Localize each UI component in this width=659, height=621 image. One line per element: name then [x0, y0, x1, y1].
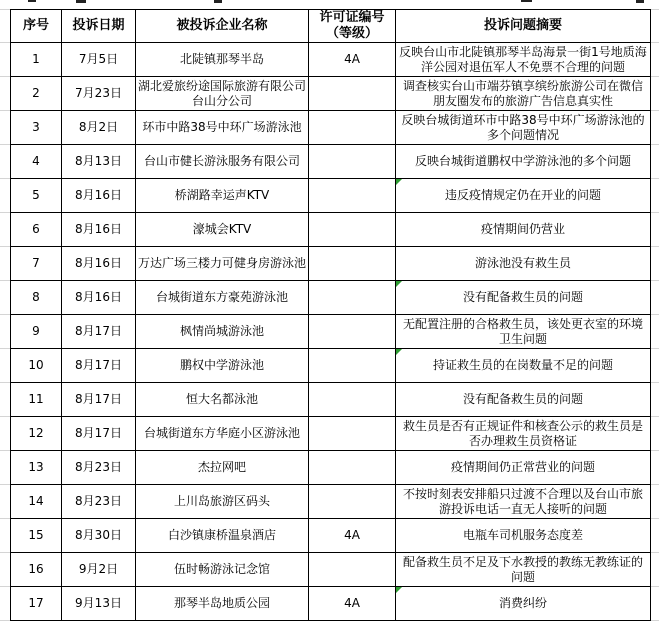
- index-cell[interactable]: 8: [11, 281, 62, 315]
- license-cell[interactable]: [309, 111, 396, 145]
- date-cell[interactable]: 8月16日: [62, 247, 136, 281]
- gridline-stub: [651, 110, 659, 111]
- company-value: 濠城会KTV: [193, 222, 251, 236]
- license-cell[interactable]: [309, 213, 396, 247]
- date-cell[interactable]: 8月16日: [62, 281, 136, 315]
- table-row: 5 8月16日 桥湖路幸运声KTV 违反疫情规定仍在开业的问题: [11, 179, 651, 213]
- summary-value: 持证救生员的在岗数量不足的问题: [433, 358, 613, 372]
- gridline-stub: [0, 144, 10, 145]
- company-cell[interactable]: 桥湖路幸运声KTV: [136, 179, 309, 213]
- date-cell[interactable]: 9月2日: [62, 553, 136, 587]
- company-value: 北陡镇那琴半岛: [180, 52, 264, 66]
- summary-cell[interactable]: 违反疫情规定仍在开业的问题: [396, 179, 651, 213]
- gridline-stub: [0, 110, 10, 111]
- license-value: 4A: [344, 52, 360, 66]
- date-cell[interactable]: 8月2日: [62, 111, 136, 145]
- company-value: 环市中路38号中环广场游泳池: [142, 120, 301, 134]
- company-value: 桥湖路幸运声KTV: [175, 188, 269, 202]
- col-header-index[interactable]: 序号: [11, 10, 62, 43]
- spreadsheet-canvas: 序号 投诉日期 被投诉企业名称 许可证编号 （等级） 投诉问题摘要 1 7月5日…: [0, 0, 659, 621]
- date-cell[interactable]: 8月13日: [62, 145, 136, 179]
- license-cell[interactable]: [309, 417, 396, 451]
- date-value: 8月30日: [75, 528, 122, 542]
- table-row: 11 8月17日 恒大名都泳池 没有配备救生员的问题: [11, 383, 651, 417]
- company-value: 那琴半岛地质公园: [174, 596, 270, 610]
- index-cell[interactable]: 11: [11, 383, 62, 417]
- summary-cell[interactable]: 调查核实台山市端芬镇享缤纷旅游公司在微信朋友圈发布的旅游广告信息真实性: [396, 77, 651, 111]
- index-cell[interactable]: 2: [11, 77, 62, 111]
- date-value: 8月23日: [75, 494, 122, 508]
- date-value: 7月5日: [79, 52, 118, 66]
- index-value: 4: [32, 154, 40, 168]
- license-cell[interactable]: 4A: [309, 587, 396, 621]
- date-cell[interactable]: 7月5日: [62, 43, 136, 77]
- index-cell[interactable]: 6: [11, 213, 62, 247]
- index-cell[interactable]: 17: [11, 587, 62, 621]
- summary-value: 反映台城街道鹏权中学游泳池的多个问题: [415, 154, 631, 168]
- index-value: 11: [28, 392, 43, 406]
- index-value: 9: [32, 324, 40, 338]
- gridline-stub: [651, 518, 659, 519]
- company-value: 台城街道东方华庭小区游泳池: [144, 426, 300, 440]
- summary-cell[interactable]: 电瓶车司机服务态度差: [396, 519, 651, 553]
- index-value: 7: [32, 256, 40, 270]
- index-cell[interactable]: 1: [11, 43, 62, 77]
- date-value: 8月13日: [75, 154, 122, 168]
- index-value: 1: [32, 52, 40, 66]
- company-value: 湖北爱旅纷途国际旅游有限公司台山分公司: [138, 79, 306, 108]
- table-row: 14 8月23日 上川岛旅游区码头 不按时刻表安排船只过渡不合理以及台山市旅游投…: [11, 485, 651, 519]
- index-value: 13: [28, 460, 43, 474]
- summary-value: 消费纠纷: [499, 596, 547, 610]
- index-value: 10: [28, 358, 43, 372]
- table-row: 8 8月16日 台城街道东方豪苑游泳池 没有配备救生员的问题: [11, 281, 651, 315]
- gridline-stub: [651, 348, 659, 349]
- table-row: 1 7月5日 北陡镇那琴半岛 4A 反映台山市北陡镇那琴半岛海景一街1号地质海洋…: [11, 43, 651, 77]
- date-value: 8月16日: [75, 188, 122, 202]
- summary-value: 配备救生员不足及下水教授的教练无教练证的问题: [403, 555, 643, 584]
- company-cell[interactable]: 台城街道东方豪苑游泳池: [136, 281, 309, 315]
- gridline-stub: [0, 484, 10, 485]
- table-row: 4 8月13日 台山市健长游泳服务有限公司 反映台城街道鹏权中学游泳池的多个问题: [11, 145, 651, 179]
- summary-cell[interactable]: 游泳池没有救生员: [396, 247, 651, 281]
- index-value: 12: [28, 426, 43, 440]
- summary-cell[interactable]: 持证救生员的在岗数量不足的问题: [396, 349, 651, 383]
- gridline-stub: [0, 586, 10, 587]
- gridline-stub: [651, 144, 659, 145]
- date-cell[interactable]: 9月13日: [62, 587, 136, 621]
- comment-marker-icon: [396, 587, 402, 593]
- gridline-stub: [0, 348, 10, 349]
- clipped-text-artifact: [76, 0, 86, 3]
- comment-marker-icon: [396, 179, 402, 185]
- summary-cell[interactable]: 疫情期间仍营业: [396, 213, 651, 247]
- table-row: 16 9月2日 伍时畅游泳记念馆 配备救生员不足及下水教授的教练无教练证的问题: [11, 553, 651, 587]
- table-row: 2 7月23日 湖北爱旅纷途国际旅游有限公司台山分公司 调查核实台山市端芬镇享缤…: [11, 77, 651, 111]
- gridline-stub: [651, 552, 659, 553]
- license-cell[interactable]: 4A: [309, 43, 396, 77]
- company-cell[interactable]: 恒大名都泳池: [136, 383, 309, 417]
- index-cell[interactable]: 10: [11, 349, 62, 383]
- license-cell[interactable]: [309, 383, 396, 417]
- gridline-stub: [651, 212, 659, 213]
- company-value: 白沙镇康桥温泉酒店: [168, 528, 276, 542]
- summary-value: 没有配备救生员的问题: [463, 290, 583, 304]
- date-cell[interactable]: 8月17日: [62, 417, 136, 451]
- index-value: 14: [28, 494, 43, 508]
- gridline-stub: [0, 212, 10, 213]
- license-cell[interactable]: [309, 145, 396, 179]
- index-value: 15: [28, 528, 43, 542]
- table-row: 10 8月17日 鹏权中学游泳池 持证救生员的在岗数量不足的问题: [11, 349, 651, 383]
- date-value: 8月16日: [75, 222, 122, 236]
- company-cell[interactable]: 上川岛旅游区码头: [136, 485, 309, 519]
- date-cell[interactable]: 8月16日: [62, 213, 136, 247]
- index-cell[interactable]: 3: [11, 111, 62, 145]
- gridline-stub: [651, 246, 659, 247]
- company-cell[interactable]: 湖北爱旅纷途国际旅游有限公司台山分公司: [136, 77, 309, 111]
- company-cell[interactable]: 北陡镇那琴半岛: [136, 43, 309, 77]
- summary-cell[interactable]: 无配置注册的合格救生员，该处更衣室的环境卫生问题: [396, 315, 651, 349]
- date-cell[interactable]: 7月23日: [62, 77, 136, 111]
- company-value: 鹏权中学游泳池: [180, 358, 264, 372]
- company-value: 伍时畅游泳记念馆: [174, 562, 270, 576]
- summary-cell[interactable]: 配备救生员不足及下水教授的教练无教练证的问题: [396, 553, 651, 587]
- gridline-stub: [0, 314, 10, 315]
- summary-cell[interactable]: 反映台城街道环市中路38号中环广场游泳池的多个问题情况: [396, 111, 651, 145]
- company-cell[interactable]: 台山市健长游泳服务有限公司: [136, 145, 309, 179]
- gridline-stub: [0, 76, 10, 77]
- date-value: 8月16日: [75, 256, 122, 270]
- license-cell[interactable]: [309, 77, 396, 111]
- table-row: 7 8月16日 万达广场三楼力可健身房游泳池 游泳池没有救生员: [11, 247, 651, 281]
- summary-value: 无配置注册的合格救生员，该处更衣室的环境卫生问题: [403, 317, 643, 346]
- summary-cell[interactable]: 不按时刻表安排船只过渡不合理以及台山市旅游投诉电话一直无人接听的问题: [396, 485, 651, 519]
- gridline-stub: [0, 9, 10, 10]
- date-cell[interactable]: 8月17日: [62, 349, 136, 383]
- gridline-stub: [651, 484, 659, 485]
- license-cell[interactable]: [309, 485, 396, 519]
- table-row: 17 9月13日 那琴半岛地质公园 4A 消费纠纷: [11, 587, 651, 621]
- index-value: 3: [32, 120, 40, 134]
- license-value: 4A: [344, 596, 360, 610]
- date-value: 8月23日: [75, 460, 122, 474]
- gridline-stub: [0, 178, 10, 179]
- table-row: 9 8月17日 枫情尚城游泳池 无配置注册的合格救生员，该处更衣室的环境卫生问题: [11, 315, 651, 349]
- table-row: 13 8月23日 杰拉网吧 疫情期间仍正常营业的问题: [11, 451, 651, 485]
- date-value: 7月23日: [75, 86, 122, 100]
- comment-marker-icon: [396, 349, 402, 355]
- company-cell[interactable]: 枫情尚城游泳池: [136, 315, 309, 349]
- date-value: 9月2日: [79, 562, 118, 576]
- license-cell[interactable]: [309, 247, 396, 281]
- index-cell[interactable]: 12: [11, 417, 62, 451]
- col-header-summary[interactable]: 投诉问题摘要: [396, 10, 651, 43]
- company-value: 台山市健长游泳服务有限公司: [144, 154, 300, 168]
- summary-cell[interactable]: 救生员是否有正规证件和核查公示的救生员是否办理救生员资格证: [396, 417, 651, 451]
- summary-cell[interactable]: 没有配备救生员的问题: [396, 281, 651, 315]
- index-cell[interactable]: 14: [11, 485, 62, 519]
- date-value: 8月17日: [75, 426, 122, 440]
- date-value: 8月2日: [79, 120, 118, 134]
- date-value: 8月17日: [75, 324, 122, 338]
- clipped-text-artifact: [636, 0, 644, 3]
- date-cell[interactable]: 8月23日: [62, 485, 136, 519]
- header-row: 序号 投诉日期 被投诉企业名称 许可证编号 （等级） 投诉问题摘要: [11, 10, 651, 43]
- gridline-stub: [0, 246, 10, 247]
- gridline-stub: [651, 42, 659, 43]
- date-cell[interactable]: 8月16日: [62, 179, 136, 213]
- company-cell[interactable]: 鹏权中学游泳池: [136, 349, 309, 383]
- company-cell[interactable]: 那琴半岛地质公园: [136, 587, 309, 621]
- index-value: 17: [28, 596, 43, 610]
- summary-cell[interactable]: 消费纠纷: [396, 587, 651, 621]
- summary-value: 电瓶车司机服务态度差: [463, 528, 583, 542]
- license-cell[interactable]: [309, 315, 396, 349]
- col-header-date[interactable]: 投诉日期: [62, 10, 136, 43]
- date-value: 8月17日: [75, 358, 122, 372]
- gridline-stub: [651, 178, 659, 179]
- index-value: 16: [28, 562, 43, 576]
- license-cell[interactable]: [309, 281, 396, 315]
- index-cell[interactable]: 15: [11, 519, 62, 553]
- gridline-stub: [651, 416, 659, 417]
- license-value: 4A: [344, 528, 360, 542]
- date-cell[interactable]: 8月17日: [62, 315, 136, 349]
- gridline-stub: [651, 76, 659, 77]
- index-value: 5: [32, 188, 40, 202]
- clipped-text-artifact: [28, 0, 36, 2]
- date-cell[interactable]: 8月30日: [62, 519, 136, 553]
- gridline-stub: [0, 280, 10, 281]
- summary-value: 调查核实台山市端芬镇享缤纷旅游公司在微信朋友圈发布的旅游广告信息真实性: [403, 79, 643, 108]
- comment-marker-icon: [396, 281, 402, 287]
- col-header-company[interactable]: 被投诉企业名称: [136, 10, 309, 43]
- company-value: 杰拉网吧: [198, 460, 246, 474]
- license-cell[interactable]: [309, 179, 396, 213]
- company-cell[interactable]: 环市中路38号中环广场游泳池: [136, 111, 309, 145]
- summary-cell[interactable]: 反映台城街道鹏权中学游泳池的多个问题: [396, 145, 651, 179]
- col-header-license[interactable]: 许可证编号 （等级）: [309, 10, 396, 43]
- gridline-stub: [651, 314, 659, 315]
- summary-value: 疫情期间仍营业: [481, 222, 565, 236]
- date-cell[interactable]: 8月23日: [62, 451, 136, 485]
- gridline-stub: [651, 9, 659, 10]
- left-margin-gridlines: [0, 0, 10, 621]
- summary-cell[interactable]: 反映台山市北陡镇那琴半岛海景一街1号地质海洋公园对退伍军人不免票不合理的问题: [396, 43, 651, 77]
- company-value: 上川岛旅游区码头: [174, 494, 270, 508]
- company-cell[interactable]: 濠城会KTV: [136, 213, 309, 247]
- gridline-stub: [0, 518, 10, 519]
- gridline-stub: [0, 552, 10, 553]
- summary-value: 反映台城街道环市中路38号中环广场游泳池的多个问题情况: [401, 113, 644, 142]
- summary-value: 没有配备救生员的问题: [463, 392, 583, 406]
- company-value: 台城街道东方豪苑游泳池: [156, 290, 288, 304]
- company-cell[interactable]: 万达广场三楼力可健身房游泳池: [136, 247, 309, 281]
- summary-value: 不按时刻表安排船只过渡不合理以及台山市旅游投诉电话一直无人接听的问题: [403, 487, 643, 516]
- gridline-stub: [0, 382, 10, 383]
- index-cell[interactable]: 13: [11, 451, 62, 485]
- index-value: 8: [32, 290, 40, 304]
- date-value: 8月17日: [75, 392, 122, 406]
- table-row: 12 8月17日 台城街道东方华庭小区游泳池 救生员是否有正规证件和核查公示的救…: [11, 417, 651, 451]
- clipped-text-artifact: [214, 0, 222, 3]
- company-value: 恒大名都泳池: [186, 392, 258, 406]
- license-cell[interactable]: [309, 349, 396, 383]
- license-cell[interactable]: [309, 451, 396, 485]
- gridline-stub: [0, 42, 10, 43]
- gridline-stub: [0, 450, 10, 451]
- summary-value: 游泳池没有救生员: [475, 256, 571, 270]
- summary-value: 反映台山市北陡镇那琴半岛海景一街1号地质海洋公园对退伍军人不免票不合理的问题: [399, 45, 647, 74]
- summary-value: 违反疫情规定仍在开业的问题: [445, 188, 601, 202]
- date-cell[interactable]: 8月17日: [62, 383, 136, 417]
- index-cell[interactable]: 7: [11, 247, 62, 281]
- index-cell[interactable]: 16: [11, 553, 62, 587]
- table-row: 6 8月16日 濠城会KTV 疫情期间仍营业: [11, 213, 651, 247]
- index-value: 6: [32, 222, 40, 236]
- gridline-stub: [651, 280, 659, 281]
- license-cell[interactable]: [309, 553, 396, 587]
- gridline-stub: [651, 586, 659, 587]
- company-cell[interactable]: 杰拉网吧: [136, 451, 309, 485]
- index-cell[interactable]: 4: [11, 145, 62, 179]
- summary-value: 疫情期间仍正常营业的问题: [451, 460, 595, 474]
- index-value: 2: [32, 86, 40, 100]
- company-value: 万达广场三楼力可健身房游泳池: [138, 256, 306, 270]
- clipped-text-artifact: [521, 0, 532, 2]
- table-body: 1 7月5日 北陡镇那琴半岛 4A 反映台山市北陡镇那琴半岛海景一街1号地质海洋…: [11, 43, 651, 621]
- date-value: 9月13日: [75, 596, 122, 610]
- summary-cell[interactable]: 疫情期间仍正常营业的问题: [396, 451, 651, 485]
- gridline-stub: [651, 382, 659, 383]
- summary-cell[interactable]: 没有配备救生员的问题: [396, 383, 651, 417]
- company-cell[interactable]: 伍时畅游泳记念馆: [136, 553, 309, 587]
- index-cell[interactable]: 5: [11, 179, 62, 213]
- table-header: 序号 投诉日期 被投诉企业名称 许可证编号 （等级） 投诉问题摘要: [11, 10, 651, 43]
- right-margin-gridlines: [651, 0, 659, 621]
- summary-value: 救生员是否有正规证件和核查公示的救生员是否办理救生员资格证: [403, 419, 643, 448]
- gridline-stub: [0, 416, 10, 417]
- gridline-stub: [651, 450, 659, 451]
- company-cell[interactable]: 白沙镇康桥温泉酒店: [136, 519, 309, 553]
- company-cell[interactable]: 台城街道东方华庭小区游泳池: [136, 417, 309, 451]
- date-value: 8月16日: [75, 290, 122, 304]
- complaints-table: 序号 投诉日期 被投诉企业名称 许可证编号 （等级） 投诉问题摘要 1 7月5日…: [10, 9, 651, 621]
- table-row: 15 8月30日 白沙镇康桥温泉酒店 4A 电瓶车司机服务态度差: [11, 519, 651, 553]
- table-row: 3 8月2日 环市中路38号中环广场游泳池 反映台城街道环市中路38号中环广场游…: [11, 111, 651, 145]
- license-cell[interactable]: 4A: [309, 519, 396, 553]
- index-cell[interactable]: 9: [11, 315, 62, 349]
- company-value: 枫情尚城游泳池: [180, 324, 264, 338]
